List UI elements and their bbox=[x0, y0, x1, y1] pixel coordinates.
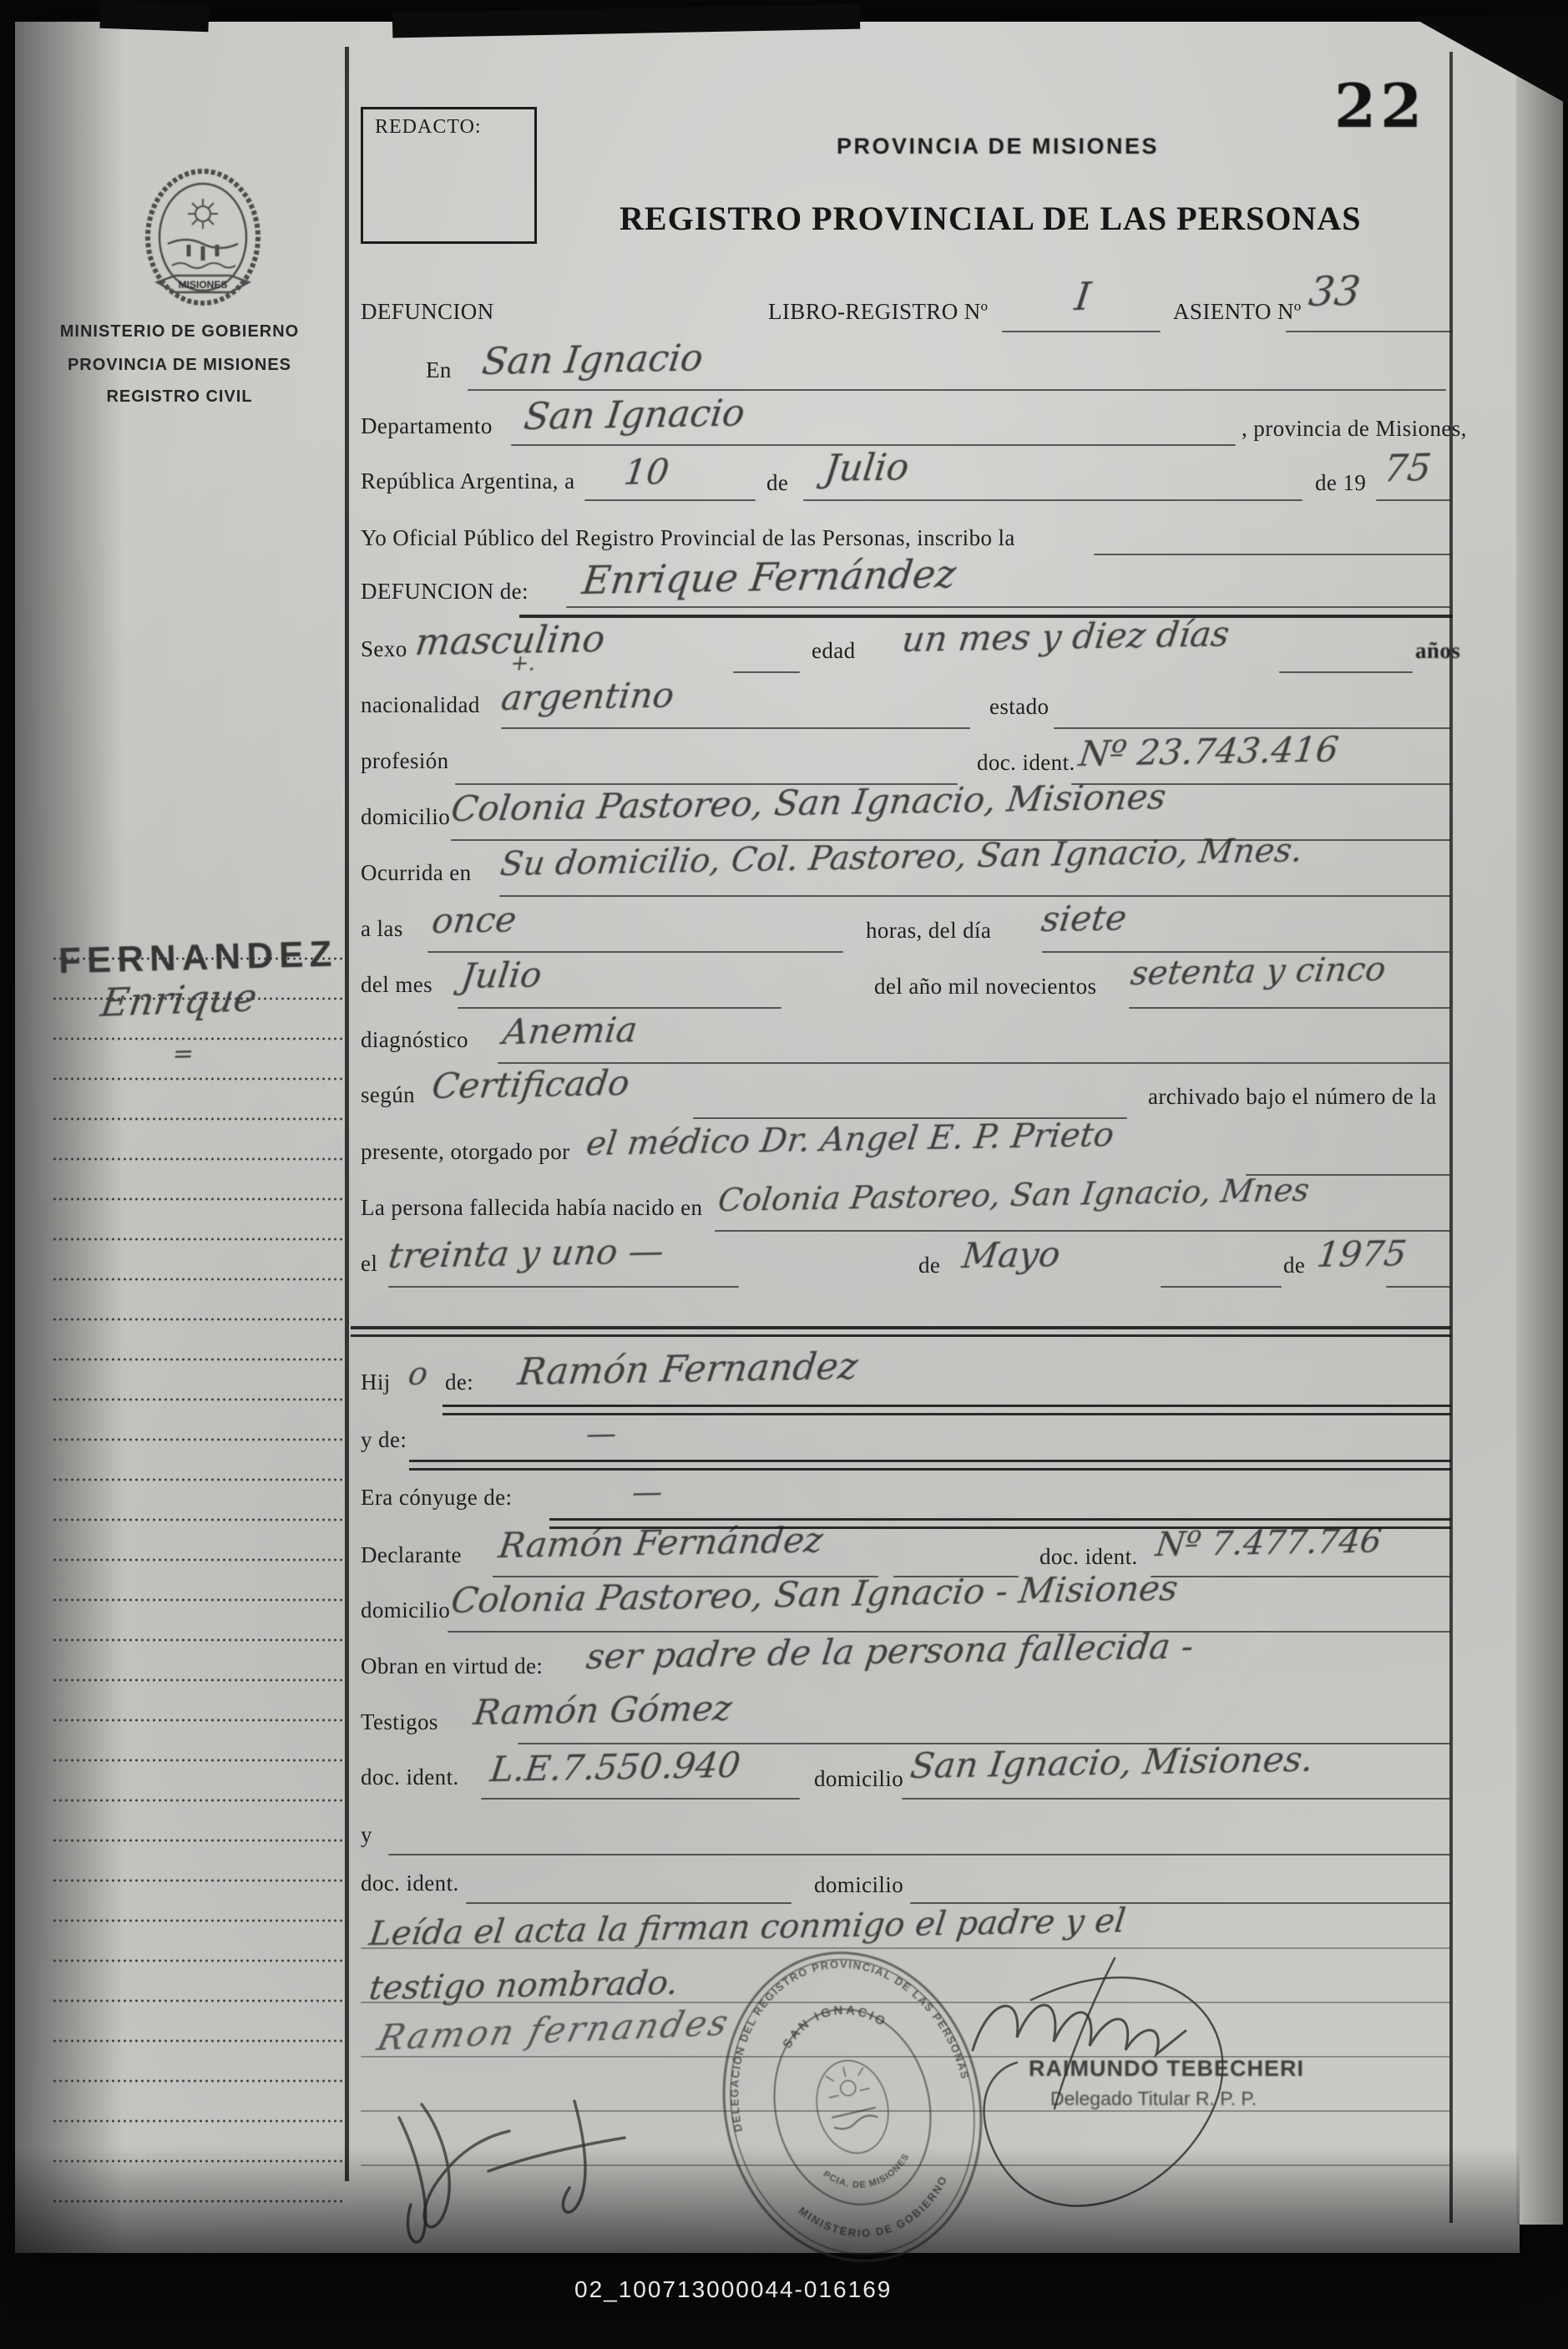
field-en-label: En bbox=[426, 359, 452, 382]
form-rule bbox=[1042, 951, 1449, 953]
form-rule bbox=[803, 499, 1302, 501]
form-rule bbox=[451, 839, 1451, 841]
section-rule bbox=[409, 1460, 1451, 1462]
field-presente-label: presente, otorgado por bbox=[361, 1141, 569, 1163]
book-register-label: LIBRO-REGISTRO Nº bbox=[768, 301, 988, 323]
field-diagnostico-value: Anemia bbox=[501, 1012, 640, 1050]
form-rule bbox=[1376, 499, 1451, 501]
field-departamento-value: San Ignacio bbox=[522, 395, 746, 436]
field-hora-value: once bbox=[430, 902, 518, 939]
field-fecha-day: 10 bbox=[622, 454, 671, 490]
field-fecha-label: República Argentina, a bbox=[361, 470, 574, 493]
seal-banner-text: MISIONES bbox=[179, 279, 228, 291]
field-docident1-value: Nº 23.743.416 bbox=[1077, 732, 1340, 772]
field-domicilio3-label: domicilio bbox=[814, 1768, 903, 1790]
form-rule bbox=[1386, 1286, 1453, 1288]
margin-given-name: Enrique bbox=[99, 978, 260, 1022]
redacto-label: REDACTO: bbox=[375, 116, 482, 139]
form-rule bbox=[893, 1576, 1019, 1577]
form-rule bbox=[511, 444, 1236, 446]
field-hijo-o: o bbox=[407, 1358, 430, 1390]
field-nacionalidad-label: nacionalidad bbox=[361, 694, 480, 716]
province-heading: PROVINCIA DE MISIONES bbox=[837, 134, 1159, 159]
field-conyuge-value: — bbox=[630, 1477, 664, 1508]
form-rule bbox=[466, 1902, 792, 1904]
page-number: 22 bbox=[1334, 70, 1426, 141]
form-rule bbox=[388, 1854, 1451, 1855]
form-rule bbox=[1071, 783, 1453, 785]
field-domicilio1-label: domicilio bbox=[361, 806, 450, 828]
field-en-value: San Ignacio bbox=[480, 340, 705, 381]
officer-title-stamp: Delegado Titular R. P. P. bbox=[1050, 2088, 1257, 2110]
margin-mark: = bbox=[171, 1041, 195, 1067]
margin-dotted-lines bbox=[52, 920, 344, 2240]
field-docident3-label: doc. ident. bbox=[361, 1766, 459, 1789]
svg-text:SAN IGNACIO: SAN IGNACIO bbox=[774, 1992, 892, 2053]
form-rule bbox=[902, 1798, 1451, 1800]
section-rule bbox=[443, 1405, 1451, 1407]
field-domicilio2-label: domicilio bbox=[361, 1599, 450, 1622]
scan-top-edge bbox=[99, 0, 209, 32]
field-conyuge-label: Era cónyuge de: bbox=[361, 1486, 512, 1509]
form-rule bbox=[427, 951, 843, 953]
form-rule bbox=[518, 1743, 1451, 1744]
closing-line-2: testigo nombrado. bbox=[367, 1966, 680, 2005]
field-domicilio3-value: San Ignacio, Misiones. bbox=[908, 1741, 1315, 1784]
field-horasdia-label: horas, del día bbox=[866, 919, 991, 942]
field-fecha-month: Julio bbox=[822, 449, 911, 488]
form-rule bbox=[584, 499, 756, 501]
field-anios-label: años bbox=[1415, 640, 1460, 662]
field-defuncion-label: DEFUNCION de: bbox=[361, 580, 529, 603]
field-mes-value: Julio bbox=[459, 957, 544, 994]
stamp-inner-top-text: SAN IGNACIO bbox=[774, 1992, 892, 2053]
field-segun-label: según bbox=[361, 1084, 415, 1106]
seat-label: ASIENTO Nº bbox=[1173, 301, 1302, 323]
ministry-line-3: REGISTRO CIVIL bbox=[27, 387, 332, 407]
field-docident4-label: doc. ident. bbox=[361, 1872, 459, 1895]
field-presente-value: el médico Dr. Angel E. P. Prieto bbox=[584, 1118, 1115, 1161]
field-anio-value: setenta y cinco bbox=[1129, 953, 1388, 990]
form-rule bbox=[501, 727, 970, 729]
form-rule bbox=[468, 389, 1446, 391]
field-hijo-label: Hij bbox=[361, 1371, 391, 1394]
margin-divider-line bbox=[345, 47, 349, 2181]
form-rule bbox=[566, 606, 1451, 608]
field-testigos-label: Testigos bbox=[361, 1711, 438, 1734]
form-rule bbox=[498, 1062, 1449, 1064]
section-rule bbox=[351, 1334, 1451, 1337]
page-bottom-shadow bbox=[15, 2146, 1520, 2253]
form-rule bbox=[1151, 1576, 1451, 1577]
field-nacimiento-mes: Mayo bbox=[960, 1237, 1062, 1273]
field-nacionalidad-value: argentino bbox=[499, 677, 676, 716]
field-nacimiento-anio: 1975 bbox=[1315, 1236, 1409, 1273]
field-oficial-label: Yo Oficial Público del Registro Provinci… bbox=[361, 527, 1015, 549]
redacto-box: REDACTO: bbox=[361, 107, 537, 244]
field-obran-value: ser padre de la persona fallecida - bbox=[584, 1628, 1196, 1674]
section-rule bbox=[443, 1413, 1451, 1415]
field-nacimiento-de1: de bbox=[918, 1254, 940, 1277]
field-testigos-value: Ramón Gómez bbox=[472, 1691, 734, 1730]
field-nacido-label: La persona fallecida había nacido en bbox=[361, 1197, 702, 1219]
field-dia-value: siete bbox=[1039, 900, 1129, 937]
field-docident2-value: Nº 7.477.746 bbox=[1154, 1524, 1383, 1562]
field-edad-value: un mes y diez días bbox=[900, 616, 1232, 657]
field-nacimiento-label: el bbox=[361, 1253, 377, 1275]
field-sexo-label: Sexo bbox=[361, 638, 407, 661]
form-rule bbox=[388, 1286, 739, 1288]
next-page-edge bbox=[1516, 53, 1563, 2225]
form-rule bbox=[1161, 1286, 1282, 1288]
field-hora-label: a las bbox=[361, 918, 403, 940]
form-rule bbox=[493, 1576, 878, 1577]
form-rule bbox=[733, 671, 800, 673]
ministry-line-1: MINISTERIO DE GOBIERNO bbox=[27, 322, 332, 342]
form-rule bbox=[1002, 331, 1161, 332]
field-docident2-label: doc. ident. bbox=[1039, 1546, 1138, 1568]
field-yde-label: y de: bbox=[361, 1429, 407, 1451]
field-domicilio4-label: domicilio bbox=[814, 1874, 903, 1896]
field-diagnostico-label: diagnóstico bbox=[361, 1029, 468, 1051]
field-hijo-value: Ramón Fernandez bbox=[516, 1349, 860, 1391]
section-rule bbox=[549, 1518, 1451, 1521]
scanned-death-certificate: { "page_number": "22", "scan_label": "02… bbox=[0, 0, 1568, 2349]
right-border-line bbox=[1449, 52, 1453, 2223]
field-fecha-year: 75 bbox=[1382, 450, 1433, 488]
field-obran-label: Obran en virtud de: bbox=[361, 1655, 543, 1678]
field-yde-value: — bbox=[584, 1419, 618, 1450]
form-rule bbox=[910, 1902, 1451, 1904]
field-nacimiento-de2: de bbox=[1283, 1254, 1305, 1277]
form-rule bbox=[1054, 727, 1451, 729]
margin-surname: FERNANDEZ bbox=[58, 934, 338, 983]
field-sexo-value: masculino bbox=[413, 621, 607, 661]
field-hijo-de: de: bbox=[445, 1371, 473, 1394]
field-declarante-label: Declarante bbox=[361, 1544, 462, 1567]
officer-name-stamp: RAIMUNDO TEBECHERI bbox=[1029, 2056, 1304, 2082]
field-segun-value: Certificado bbox=[430, 1066, 631, 1104]
form-rule bbox=[1094, 554, 1453, 555]
form-rule bbox=[455, 783, 958, 785]
form-rule bbox=[499, 895, 1451, 897]
field-departamento-suffix: , provincia de Misiones, bbox=[1242, 418, 1467, 440]
field-archivado-label: archivado bajo el número de la bbox=[1148, 1086, 1437, 1108]
field-nacimiento-dia: treinta y uno — bbox=[387, 1233, 666, 1273]
form-rule bbox=[481, 1798, 800, 1800]
section-rule bbox=[519, 615, 1453, 618]
registry-title: REGISTRO PROVINCIAL DE LAS PERSONAS bbox=[620, 199, 1362, 238]
record-type-label: DEFUNCION bbox=[361, 301, 494, 323]
form-rule bbox=[1129, 1007, 1451, 1009]
field-profesion-label: profesión bbox=[361, 750, 449, 772]
province-seal: MISIONES bbox=[140, 167, 266, 311]
field-nacionalidad-mark: +. bbox=[509, 652, 537, 675]
field-fecha-de2: de 19 bbox=[1315, 472, 1366, 494]
form-rule bbox=[448, 1631, 1451, 1633]
form-rule bbox=[1246, 1174, 1451, 1176]
field-edad-label: edad bbox=[812, 640, 856, 662]
field-docident3-value: L.E.7.550.940 bbox=[488, 1748, 742, 1787]
field-ocurrida-label: Ocurrida en bbox=[361, 862, 472, 884]
field-nacido-value: Colonia Pastoreo, San Ignacio, Mnes bbox=[716, 1174, 1311, 1216]
form-rule bbox=[715, 1230, 1451, 1232]
section-rule bbox=[409, 1468, 1451, 1471]
field-anio-label: del año mil novecientos bbox=[874, 975, 1096, 998]
field-docident1-label: doc. ident. bbox=[977, 752, 1075, 774]
section-rule bbox=[549, 1526, 1451, 1529]
field-defuncion-value: Enrique Fernández bbox=[580, 554, 959, 600]
scan-filename: 02_100713000044-016169 bbox=[574, 2276, 892, 2303]
ministry-line-2: PROVINCIA DE MISIONES bbox=[27, 356, 332, 375]
field-y2-label: y bbox=[361, 1824, 372, 1846]
form-rule bbox=[1286, 331, 1453, 332]
field-fecha-de1: de bbox=[766, 472, 788, 494]
form-rule bbox=[693, 1117, 1127, 1119]
form-rule bbox=[458, 1007, 781, 1009]
seat-value: 33 bbox=[1307, 271, 1363, 312]
section-rule bbox=[351, 1326, 1451, 1329]
field-departamento-label: Departamento bbox=[361, 415, 493, 438]
form-rule bbox=[1279, 671, 1413, 673]
field-estado-label: estado bbox=[989, 696, 1049, 718]
field-mes-label: del mes bbox=[361, 974, 432, 996]
